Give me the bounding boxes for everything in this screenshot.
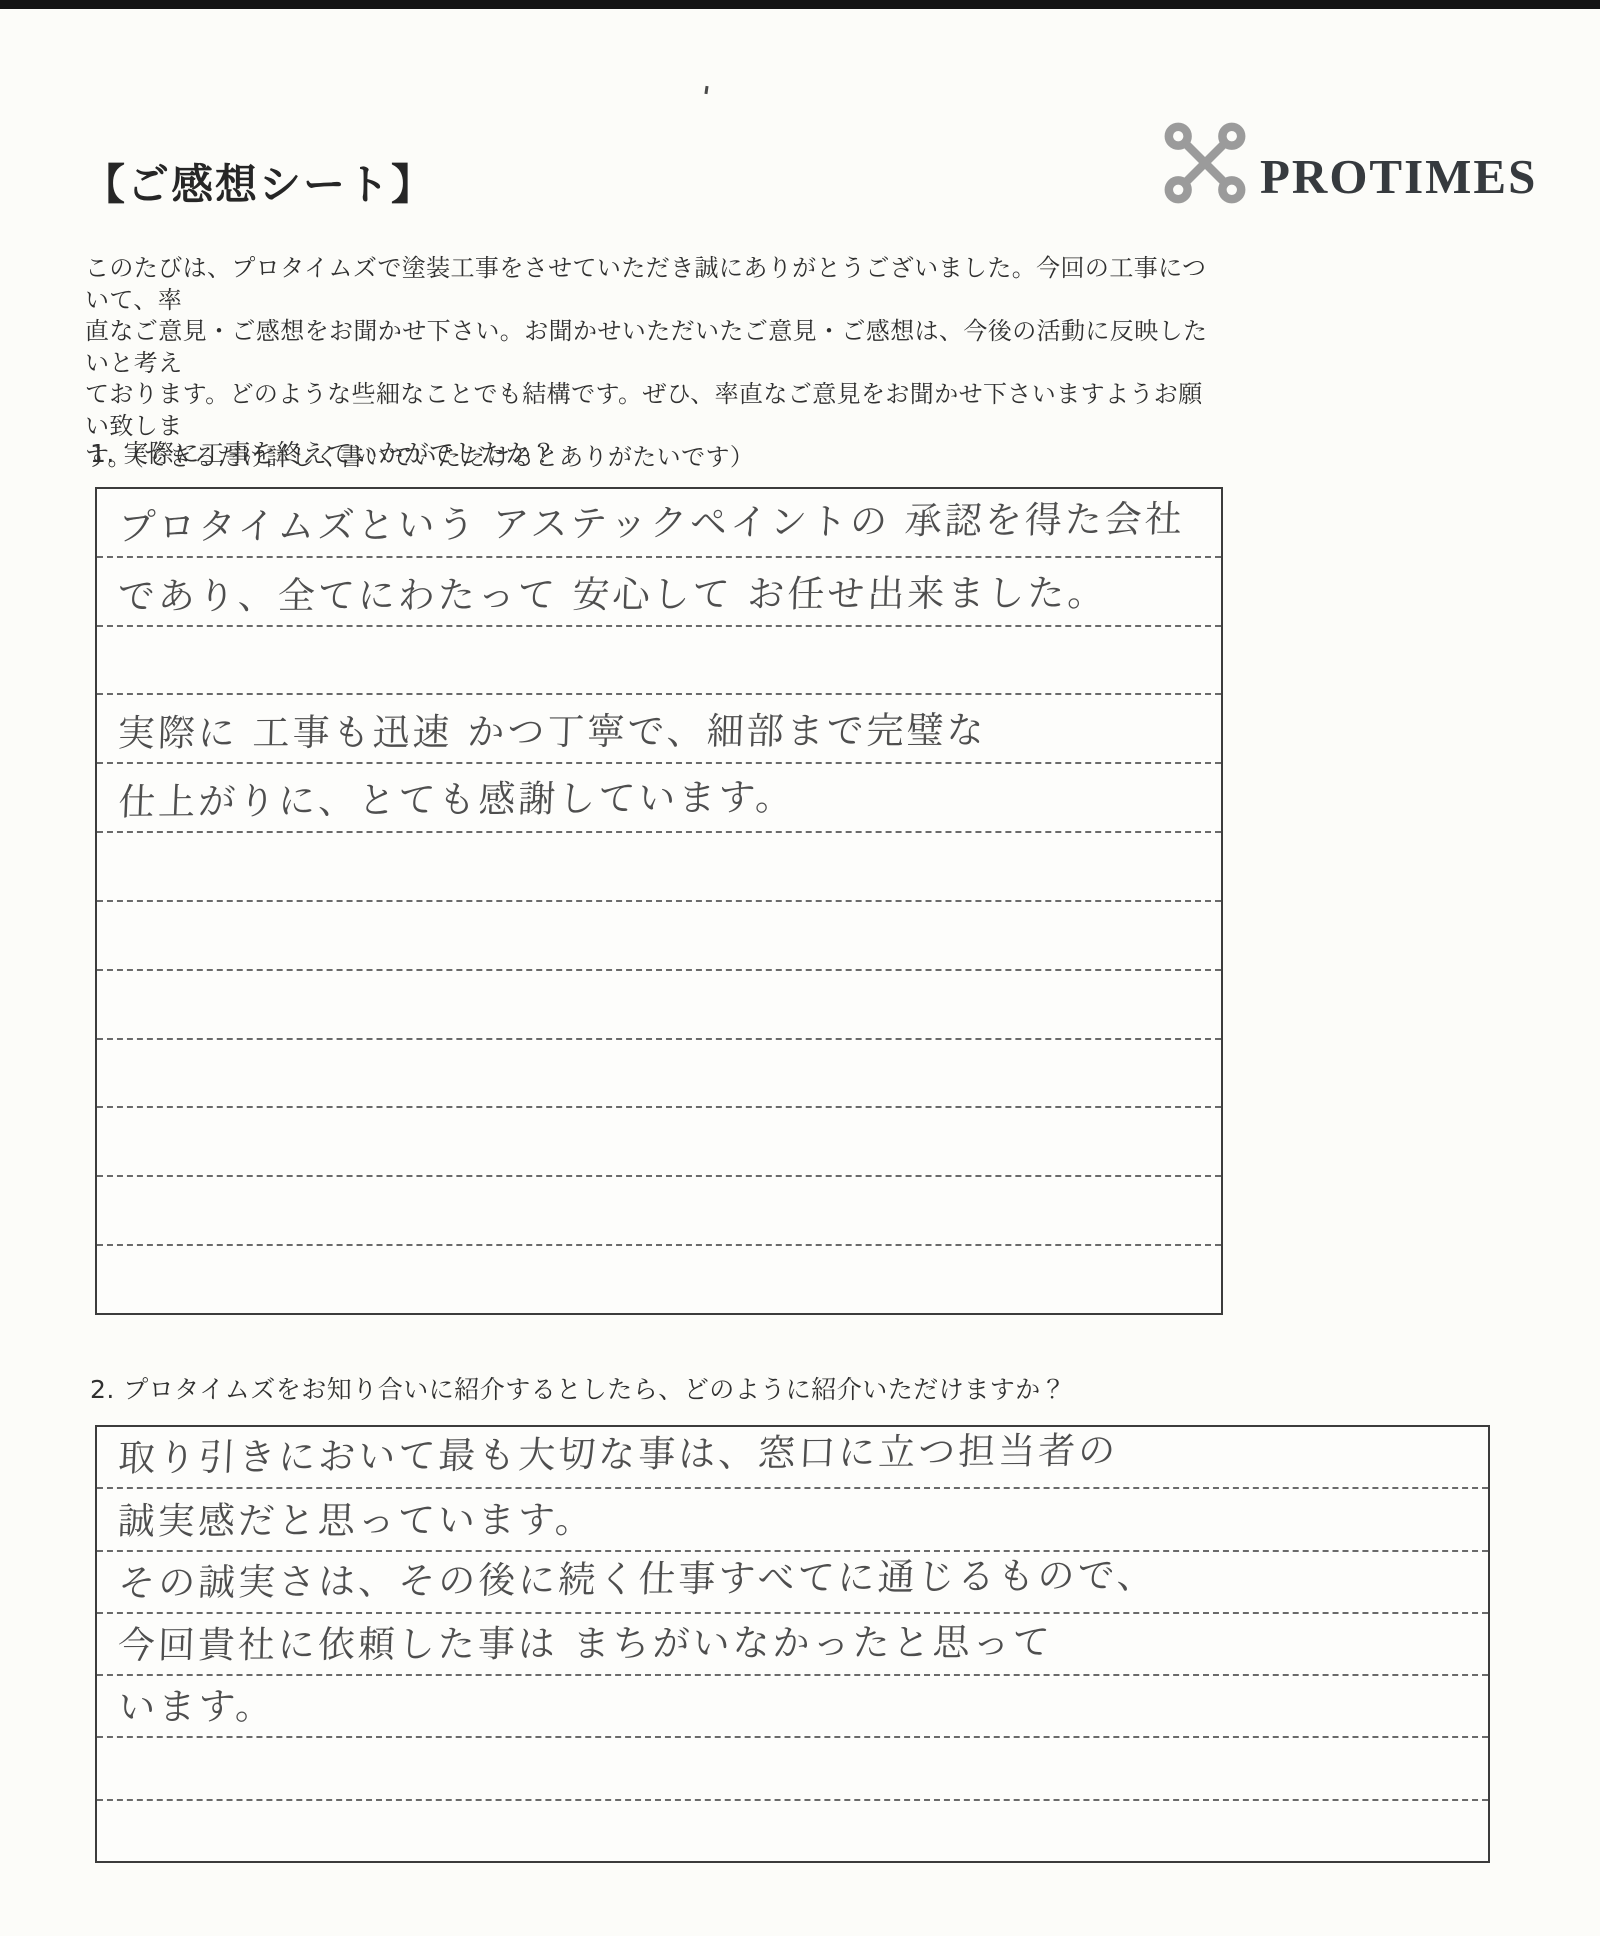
answer-box-1: プロタイムズという アステックペイントの 承認を得た会社であり、全てにわたって … (95, 487, 1223, 1315)
handwritten-line (97, 1170, 117, 1175)
protimes-brand-text: PROTIMES (1260, 148, 1537, 205)
answer-line-row (97, 833, 1221, 902)
answer-line-row: 今回貴社に依頼した事は まちがいなかったと思って (97, 1614, 1488, 1676)
answer-line-row: 誠実感だと思っています。 (97, 1489, 1488, 1551)
handwritten-line (97, 1794, 117, 1799)
intro-line: 直なご意見・ご感想をお聞かせ下さい。お聞かせいただいたご意見・ご感想は、今後の活… (85, 316, 1217, 379)
scanned-feedback-sheet: { "document": { "title": "【ご感想シート】", "in… (0, 0, 1600, 1936)
answer-line-row: であり、全てにわたって 安心して お任せ出来ました。 (97, 558, 1221, 627)
handwritten-line (97, 1239, 117, 1244)
handwritten-line (97, 1101, 117, 1106)
handwritten-line: プロタイムズという アステックペイントの 承認を得た会社 (97, 488, 1186, 556)
handwritten-line: その誠実さは、その後に続く仕事すべてに通じるもので、 (97, 1545, 1158, 1612)
handwritten-line: 取り引きにおいて最も大切な事は、窓口に立つ担当者の (97, 1420, 1120, 1487)
answer-line-row (97, 1040, 1221, 1109)
handwritten-line: であり、全てにわたって 安心して お任せ出来ました。 (97, 562, 1108, 625)
intro-line: ております。どのような些細なことでも結構です。ぜひ、率直なご意見をお聞かせ下さい… (85, 379, 1217, 442)
handwritten-line (97, 895, 117, 900)
question-1-label: 1. 実際に工事を終えていかがでしたか？ (90, 434, 557, 470)
handwritten-line: 実際に 工事も迅速 かつ丁寧で、細部まで完璧な (97, 700, 988, 762)
handwritten-line: 今回貴社に依頼した事は まちがいなかったと思って (97, 1612, 1054, 1674)
page-title: 【ご感想シート】 (83, 152, 435, 212)
answer-line-row: 仕上がりに、とても感謝しています。 (97, 764, 1221, 833)
protimes-mark-icon (1158, 116, 1252, 210)
answer-line-row (97, 1801, 1488, 1861)
handwritten-line: 誠実感だと思っています。 (97, 1489, 596, 1550)
protimes-logo: PROTIMES (1158, 116, 1537, 210)
question-2-label: 2. プロタイムズをお知り合いに紹介するとしたら、どのように紹介いただけますか？ (90, 1370, 1066, 1406)
answer-line-row (97, 1108, 1221, 1177)
answer-box-2: 取り引きにおいて最も大切な事は、窓口に立つ担当者の誠実感だと思っています。その誠… (95, 1425, 1490, 1863)
answer-line-row: 実際に 工事も迅速 かつ丁寧で、細部まで完璧な (97, 695, 1221, 764)
handwritten-line (97, 1308, 117, 1313)
handwritten-line (97, 1856, 117, 1861)
answer-line-row (97, 1177, 1221, 1246)
handwritten-line (97, 688, 117, 693)
answer-line-row: います。 (97, 1676, 1488, 1738)
answer-line-row: 取り引きにおいて最も大切な事は、窓口に立つ担当者の (97, 1427, 1488, 1489)
scan-top-edge-bar (0, 0, 1600, 9)
scan-artifact-dot (704, 86, 708, 94)
handwritten-line (97, 964, 117, 969)
handwritten-line (97, 1033, 117, 1038)
answer-line-row (97, 627, 1221, 696)
answer-line-row (97, 971, 1221, 1040)
answer-line-row (97, 1738, 1488, 1800)
handwritten-line: います。 (97, 1676, 277, 1736)
handwritten-line: 仕上がりに、とても感謝しています。 (97, 767, 797, 831)
answer-line-row (97, 1246, 1221, 1313)
answer-line-row: プロタイムズという アステックペイントの 承認を得た会社 (97, 489, 1221, 558)
intro-line: このたびは、プロタイムズで塗装工事をさせていただき誠にありがとうございました。今… (85, 253, 1217, 316)
answer-line-row: その誠実さは、その後に続く仕事すべてに通じるもので、 (97, 1552, 1488, 1614)
answer-line-row (97, 902, 1221, 971)
